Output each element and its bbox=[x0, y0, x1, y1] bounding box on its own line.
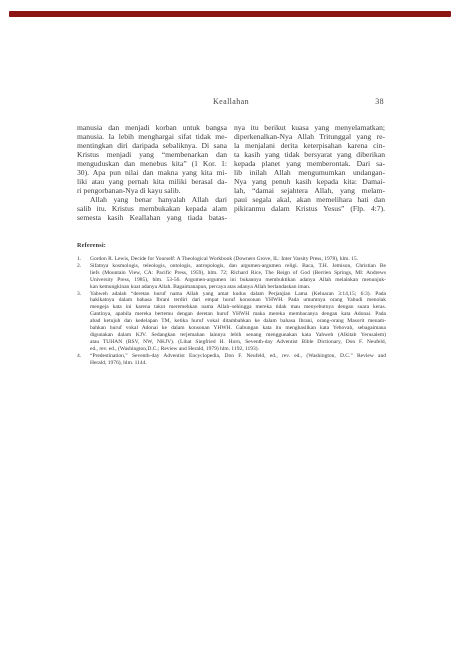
reference-text: Yahweh adalah “deretan huruf nama Allah … bbox=[90, 291, 386, 353]
text-line: hakikatnya dalam bahasa Ibrani terdiri d… bbox=[90, 297, 386, 304]
reference-item: 1.Gordon R. Lewis, Decide for Yourself: … bbox=[77, 256, 386, 263]
paragraph: manusia dan menjadi korban untuk bangsam… bbox=[77, 124, 227, 196]
text-line: “Predestination,” Seventh-day Adventist … bbox=[90, 353, 386, 360]
reference-text: Sifatnya kosmologis, teleologis, ontolog… bbox=[90, 263, 386, 291]
text-line: liefs (Mountain View, CA: Pacific Press,… bbox=[90, 270, 386, 277]
top-red-scan-bar bbox=[9, 11, 451, 17]
reference-item: 2.Sifatnya kosmologis, teleologis, ontol… bbox=[77, 263, 386, 291]
reference-item: 4.“Predestination,” Seventh-day Adventis… bbox=[77, 353, 386, 367]
reference-number: 3. bbox=[77, 291, 90, 298]
text-line: Gordon R. Lewis, Decide for Yourself: A … bbox=[90, 256, 386, 263]
text-line: semesta kasih Keallahan yang tiada batas… bbox=[77, 214, 227, 223]
text-line: Herald, 1976), hlm. 1144. bbox=[90, 360, 386, 367]
reference-text: “Predestination,” Seventh-day Adventist … bbox=[90, 353, 386, 367]
body-columns: manusia dan menjadi korban untuk bangsam… bbox=[77, 124, 385, 222]
references-section: Referensi: 1.Gordon R. Lewis, Decide for… bbox=[77, 242, 386, 367]
column-left: manusia dan menjadi korban untuk bangsam… bbox=[77, 124, 227, 222]
paragraph: nya itu berikut kuasa yang menyelamatkan… bbox=[234, 124, 385, 214]
text-line: Sifatnya kosmologis, teleologis, ontolog… bbox=[90, 263, 386, 270]
reference-item: 3.Yahweh adalah “deretan huruf nama Alla… bbox=[77, 291, 386, 353]
text-line: digunakan dalam KJV. Sedangkan terjemaha… bbox=[90, 332, 386, 339]
references-list: 1.Gordon R. Lewis, Decide for Yourself: … bbox=[77, 256, 386, 367]
paragraph: Allah yang benar hanyalah Allah darisali… bbox=[77, 196, 227, 223]
reference-number: 4. bbox=[77, 353, 90, 360]
page-number: 38 bbox=[375, 97, 384, 106]
text-line: pikiranmu dalam Kristus Yesus” (Flp. 4:7… bbox=[234, 205, 385, 214]
reference-number: 1. bbox=[77, 256, 90, 263]
column-right: nya itu berikut kuasa yang menyelamatkan… bbox=[234, 124, 385, 222]
running-header: Keallahan 38 bbox=[77, 97, 385, 109]
scanned-book-page: Keallahan 38 manusia dan menjadi korban … bbox=[0, 0, 460, 650]
text-line: bahkan huruf vokal Adonai ke dalam konso… bbox=[90, 325, 386, 332]
text-line: kan kemungkinan kuat adanya Allah. Bagai… bbox=[90, 284, 386, 291]
page-title: Keallahan bbox=[77, 97, 385, 106]
text-line: University Press, 1985), hlm. 53-56. Arg… bbox=[90, 277, 386, 284]
reference-text: Gordon R. Lewis, Decide for Yourself: A … bbox=[90, 256, 386, 263]
text-line: atau TUHAN (RSV, NW, NKJV). (Lihat Siegf… bbox=[90, 339, 386, 346]
text-line: ed., rev. ed., (Washington,D.C.; Review … bbox=[90, 346, 386, 353]
reference-number: 2. bbox=[77, 263, 90, 270]
references-heading: Referensi: bbox=[77, 242, 386, 249]
